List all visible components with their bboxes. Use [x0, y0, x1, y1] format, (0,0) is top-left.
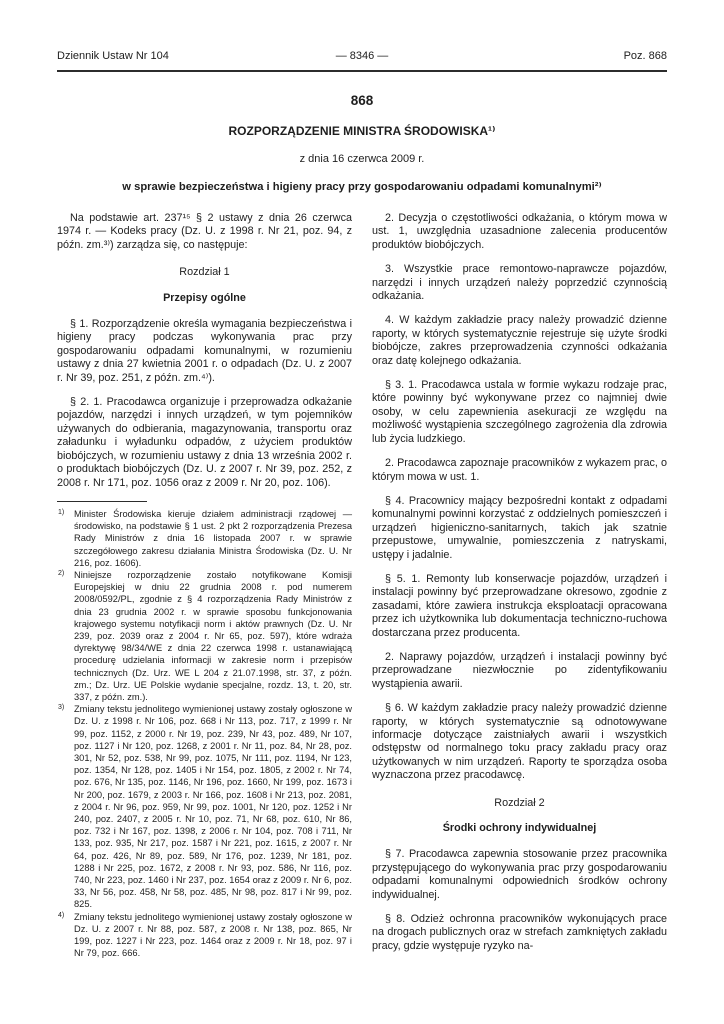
footnote-1-text: Minister Środowiska kieruje działem admi… — [74, 509, 352, 568]
left-column: Na podstawie art. 237¹⁵ § 2 ustawy z dni… — [57, 212, 352, 964]
two-column-body: Na podstawie art. 237¹⁵ § 2 ustawy z dni… — [57, 212, 667, 964]
footnote-2-text: Niniejsze rozporządzenie zostało notyfik… — [74, 570, 352, 702]
section-2-2: 2. Decyzja o częstotliwości odkażania, o… — [372, 212, 667, 252]
section-8: § 8. Odzież ochronna pracowników wykonuj… — [372, 913, 667, 953]
page-number: — 8346 — — [260, 50, 463, 63]
section-3-1: § 3. 1. Pracodawca ustala w formie wykaz… — [372, 379, 667, 446]
act-subject: w sprawie bezpieczeństwa i higieny pracy… — [57, 180, 667, 193]
chapter-2-label: Rozdział 2 — [372, 797, 667, 810]
footnote-3-marker: 3) — [58, 702, 64, 714]
section-2-4: 4. W każdym zakładzie pracy należy prowa… — [372, 314, 667, 368]
section-4: § 4. Pracownicy mający bezpośredni konta… — [372, 495, 667, 562]
footnote-4-marker: 4) — [58, 910, 64, 922]
intro-paragraph: Na podstawie art. 237¹⁵ § 2 ustawy z dni… — [57, 212, 352, 252]
right-column: 2. Decyzja o częstotliwości odkażania, o… — [372, 212, 667, 964]
section-7: § 7. Pracodawca zapewnia stosowanie prze… — [372, 848, 667, 902]
section-2-3: 3. Wszystkie prace remontowo-naprawcze p… — [372, 263, 667, 303]
section-2-1: § 2. 1. Pracodawca organizuje i przeprow… — [57, 396, 352, 490]
footnote-1: 1) Minister Środowiska kieruje działem a… — [57, 508, 352, 569]
position-number: Poz. 868 — [464, 50, 667, 63]
running-header: Dziennik Ustaw Nr 104 — 8346 — Poz. 868 — [57, 50, 667, 63]
chapter-1-label: Rozdział 1 — [57, 266, 352, 279]
act-title: ROZPORZĄDZENIE MINISTRA ŚRODOWISKA¹⁾ — [57, 124, 667, 138]
footnote-3: 3) Zmiany tekstu jednolitego wymienionej… — [57, 703, 352, 910]
section-3-2: 2. Pracodawca zapoznaje pracowników z wy… — [372, 457, 667, 484]
section-6: § 6. W każdym zakładzie pracy należy pro… — [372, 702, 667, 782]
footnotes-block: 1) Minister Środowiska kieruje działem a… — [57, 501, 352, 960]
footnote-4-text: Zmiany tekstu jednolitego wymienionej us… — [74, 912, 352, 959]
section-5-1: § 5. 1. Remonty lub konserwacje pojazdów… — [372, 573, 667, 640]
act-number: 868 — [57, 93, 667, 108]
journal-title: Dziennik Ustaw Nr 104 — [57, 50, 260, 63]
chapter-2-title: Środki ochrony indywidualnej — [372, 822, 667, 835]
document-page: Dziennik Ustaw Nr 104 — 8346 — Poz. 868 … — [0, 0, 724, 1024]
footnote-3-text: Zmiany tekstu jednolitego wymienionej us… — [74, 704, 352, 909]
footnote-2: 2) Niniejsze rozporządzenie zostało noty… — [57, 569, 352, 703]
chapter-1-title: Przepisy ogólne — [57, 292, 352, 305]
section-1: § 1. Rozporządzenie określa wymagania be… — [57, 318, 352, 385]
footnote-1-marker: 1) — [58, 507, 64, 519]
footnote-2-marker: 2) — [58, 568, 64, 580]
footnote-4: 4) Zmiany tekstu jednolitego wymienionej… — [57, 911, 352, 960]
footnote-separator — [57, 501, 147, 502]
section-5-2: 2. Naprawy pojazdów, urządzeń i instalac… — [372, 651, 667, 691]
act-date: z dnia 16 czerwca 2009 r. — [57, 153, 667, 165]
header-rule — [57, 70, 667, 72]
